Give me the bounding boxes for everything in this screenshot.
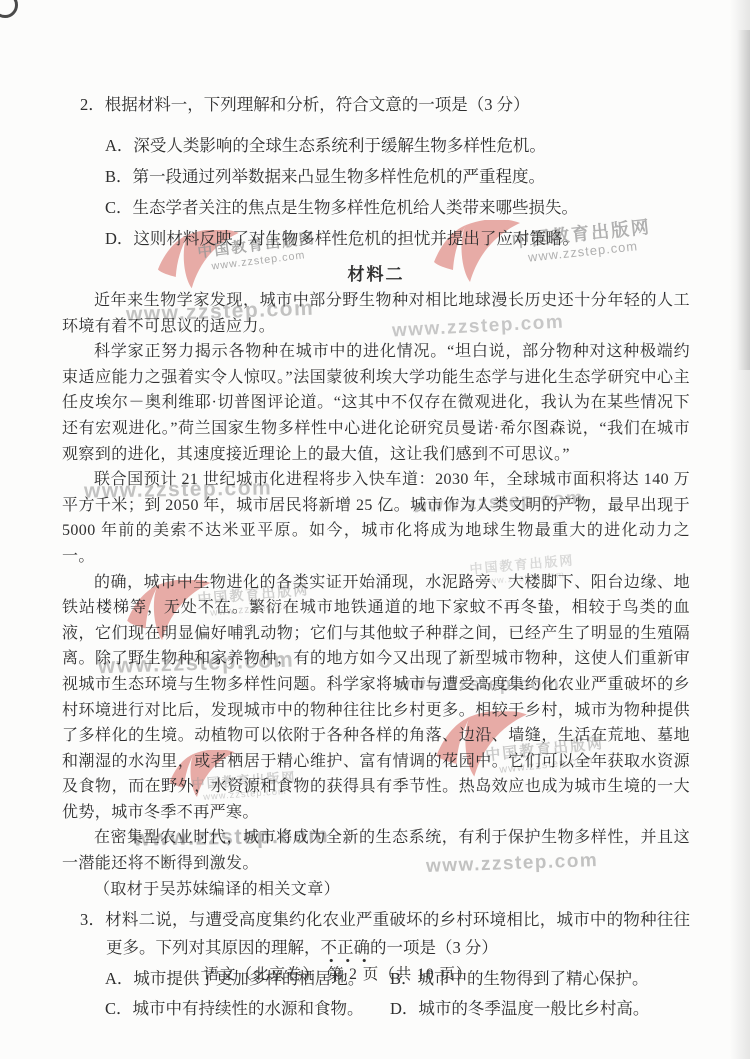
question-3-option-c: C．城市中有持续性的水源和食物。 xyxy=(105,994,390,1024)
material-2-section: 材料二 近年来生物学家发现，城市中部分野生物种对相比地球漫长历史还十分年轻的人工… xyxy=(62,262,690,902)
material-paragraph: 联合国预计 21 世纪城市化进程将步入快车道：2030 年，全球城市面积将达 1… xyxy=(62,467,690,569)
exam-page-scan: 中国教育出版网 www.zzstep.com 中国教育出版网 www.zzste… xyxy=(0,0,750,1059)
question-3-stem-emphasis: 不正确 xyxy=(321,938,371,963)
material-paragraph: 科学家正努力揭示各物种在城市中的进化情况。“坦白说，部分物种对这种极端约束适应能… xyxy=(62,339,690,467)
question-3-stem-suffix: 的一项是（3 分） xyxy=(370,938,498,957)
page-content: 2．根据材料一，下列理解和分析，符合文意的一项是（3 分） A．深受人类影响的全… xyxy=(62,92,690,1024)
question-2-options: A．深受人类影响的全球生态系统利于缓解生物多样性危机。 B．第一段通过列举数据来… xyxy=(105,130,690,254)
question-2-option-a: A．深受人类影响的全球生态系统利于缓解生物多样性危机。 xyxy=(105,130,690,161)
question-2-option-b: B．第一段通过列举数据来凸显生物多样性危机的严重程度。 xyxy=(105,161,690,192)
material-paragraph: 的确，城市中生物进化的各类实证开始涌现，水泥路旁、大楼脚下、阳台边缘、地铁站楼梯… xyxy=(62,570,690,826)
question-3-option-d: D．城市的冬季温度一般比乡村高。 xyxy=(390,994,690,1024)
scan-edge-shadow xyxy=(737,30,750,370)
question-3-stem: 3．材料二说，与遭受高度集约化农业严重破坏的乡村环境相比，城市中的物种往往更多。… xyxy=(62,906,690,962)
page-footer: 语文（北京卷） 第 2 页（共 10 页） xyxy=(0,962,713,984)
question-2-option-c: C．生态学者关注的焦点是生物多样性危机给人类带来哪些损失。 xyxy=(105,192,690,223)
material-2-heading: 材料二 xyxy=(62,262,690,288)
material-paragraph: 近年来生物学家发现，城市中部分野生物种对相比地球漫长历史还十分年轻的人工环境有着… xyxy=(62,288,690,339)
material-attribution: （取材于吴苏妹编译的相关文章） xyxy=(62,877,690,903)
question-2-option-d: D．这则材料反映了对生物多样性危机的担忧并提出了应对策略。 xyxy=(105,223,690,254)
question-2-stem: 2．根据材料一，下列理解和分析，符合文意的一项是（3 分） xyxy=(80,92,690,118)
question-2: 2．根据材料一，下列理解和分析，符合文意的一项是（3 分） A．深受人类影响的全… xyxy=(62,92,690,254)
material-paragraph: 在密集型农业时代，城市将成为全新的生态系统，有利于保护生物多样性，并且这一潜能还… xyxy=(62,825,690,876)
